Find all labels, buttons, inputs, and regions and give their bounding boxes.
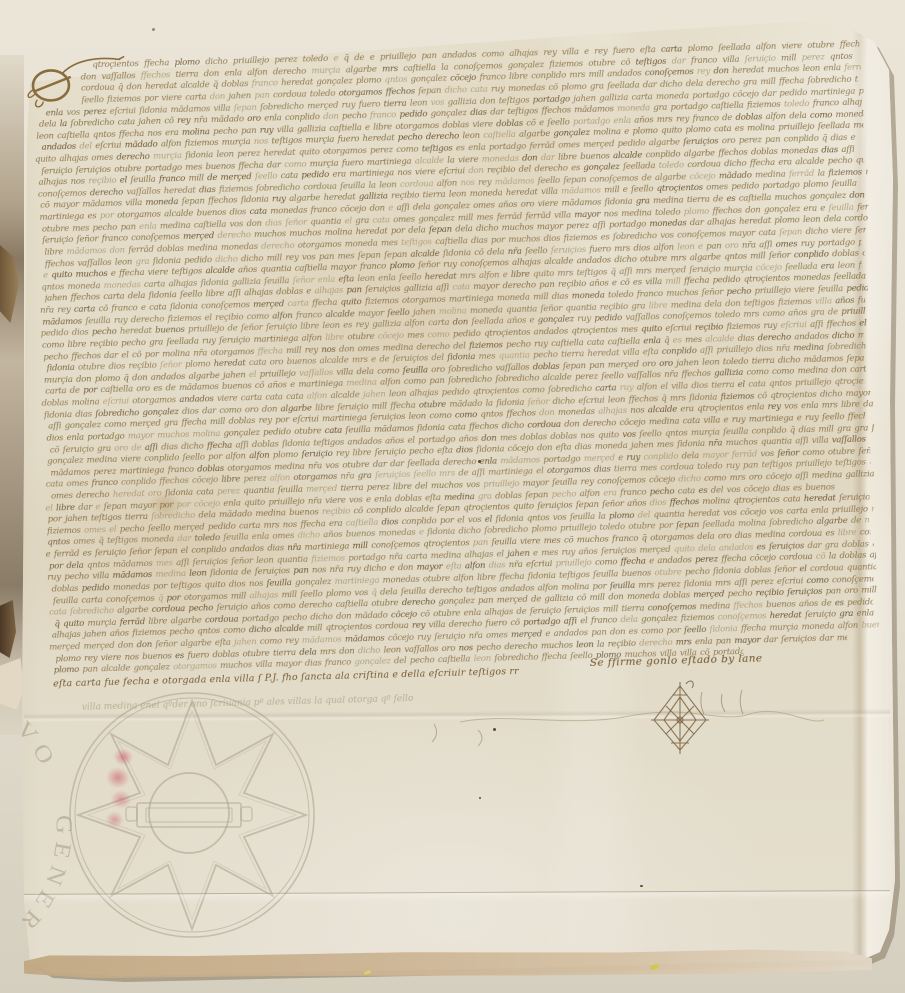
ink-speck xyxy=(640,885,643,887)
ink-speck xyxy=(493,728,496,731)
ink-speck xyxy=(478,460,481,463)
ink-speck xyxy=(479,797,481,799)
seal-emblem-icon xyxy=(126,773,252,853)
notarial-sign xyxy=(638,680,722,756)
manuscript-text: S eſta carta fue fecha e otorgada enla v… xyxy=(28,27,887,749)
ink-speck xyxy=(152,28,155,31)
faint-annotation: villa medina enel qºder ono ſcriuania pº… xyxy=(82,689,582,713)
scanned-parchment-page: { "document_kind": "medieval parchment c… xyxy=(0,0,905,993)
